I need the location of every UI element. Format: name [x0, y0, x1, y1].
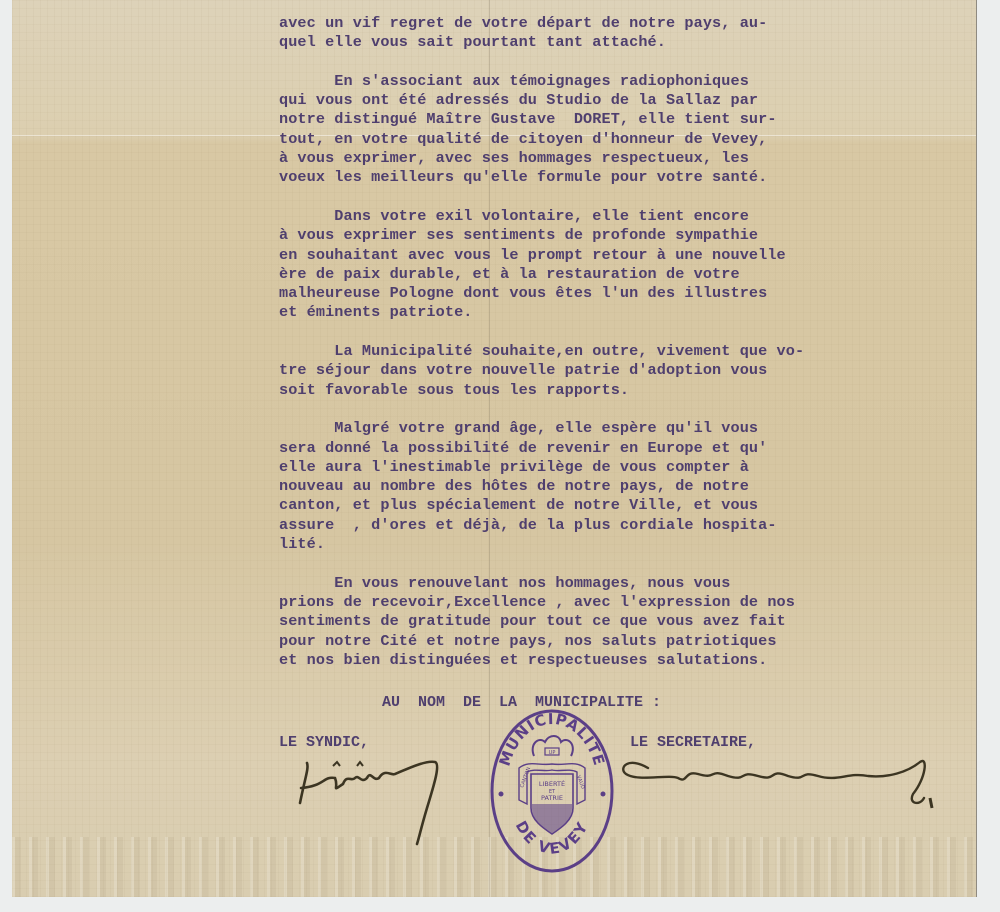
text-line: En vous renouvelant nos hommages, nous v… — [279, 574, 899, 593]
text-line: et éminents patriote. — [279, 303, 899, 322]
text-line: voeux les meilleurs qu'elle formule pour… — [279, 168, 899, 187]
stamp-crest-text: UP — [549, 750, 556, 756]
text-line: assure , d'ores et déjà, de la plus cord… — [279, 516, 899, 535]
text-line: sentiments de gratitude pour tout ce que… — [279, 612, 899, 631]
text-line: Dans votre exil volontaire, elle tient e… — [279, 207, 899, 226]
text-line: lité. — [279, 535, 899, 554]
text-line: canton, et plus spécialement de notre Vi… — [279, 496, 899, 515]
text-line: ère de paix durable, et à la restauratio… — [279, 265, 899, 284]
paragraph-2: En s'associant aux témoignages radiophon… — [279, 72, 899, 188]
paragraph-6: En vous renouvelant nos hommages, nous v… — [279, 574, 899, 670]
paragraph-4: La Municipalité souhaite,en outre, vivem… — [279, 342, 899, 400]
text-line: en souhaitant avec vous le prompt retour… — [279, 246, 899, 265]
stamp-dot-icon — [601, 792, 606, 797]
text-line: qui vous ont été adressés du Studio de l… — [279, 91, 899, 110]
secretaire-signature — [608, 748, 948, 818]
text-line: à vous exprimer ses sentiments de profon… — [279, 226, 899, 245]
text-line: soit favorable sous tous les rapports. — [279, 381, 899, 400]
municipality-stamp: MUNICIPALITÉ DE VEVEY UP CANTON VAUD LIB… — [489, 708, 615, 874]
text-line: notre distingué Maître Gustave DORET, el… — [279, 110, 899, 129]
text-line: tout, en votre qualité de citoyen d'honn… — [279, 130, 899, 149]
syndic-signature — [295, 748, 465, 848]
paragraph-1: avec un vif regret de votre départ de no… — [279, 14, 899, 53]
text-line: prions de recevoir,Excellence , avec l'e… — [279, 593, 899, 612]
text-line: quel elle vous sait pourtant tant attach… — [279, 33, 899, 52]
text-line: La Municipalité souhaite,en outre, vivem… — [279, 342, 899, 361]
paragraph-3: Dans votre exil volontaire, elle tient e… — [279, 207, 899, 323]
text-line: avec un vif regret de votre départ de no… — [279, 14, 899, 33]
stamp-dot-icon — [499, 792, 504, 797]
text-line: En s'associant aux témoignages radiophon… — [279, 72, 899, 91]
text-line: et nos bien distinguées et respectueuses… — [279, 651, 899, 670]
text-line: Malgré votre grand âge, elle espère qu'i… — [279, 419, 899, 438]
text-line: nouveau au nombre des hôtes de notre pay… — [279, 477, 899, 496]
stamp-top-text: MUNICIPALITÉ — [496, 710, 610, 768]
shield-text-3: PATRIE — [541, 794, 563, 802]
letter-body: avec un vif regret de votre départ de no… — [279, 14, 899, 689]
text-line: elle aura l'inestimable privilège de vou… — [279, 458, 899, 477]
text-line: sera donné la possibilité de revenir en … — [279, 439, 899, 458]
paragraph-5: Malgré votre grand âge, elle espère qu'i… — [279, 419, 899, 554]
text-line: malheureuse Pologne dont vous êtes l'un … — [279, 284, 899, 303]
text-line: tre séjour dans votre nouvelle patrie d'… — [279, 361, 899, 380]
shield-text-1: LIBERTÉ — [539, 779, 565, 788]
svg-text:MUNICIPALITÉ: MUNICIPALITÉ — [496, 710, 610, 768]
text-line: à vous exprimer, avec ses hommages respe… — [279, 149, 899, 168]
text-line: pour notre Cité et notre pays, nos salut… — [279, 632, 899, 651]
